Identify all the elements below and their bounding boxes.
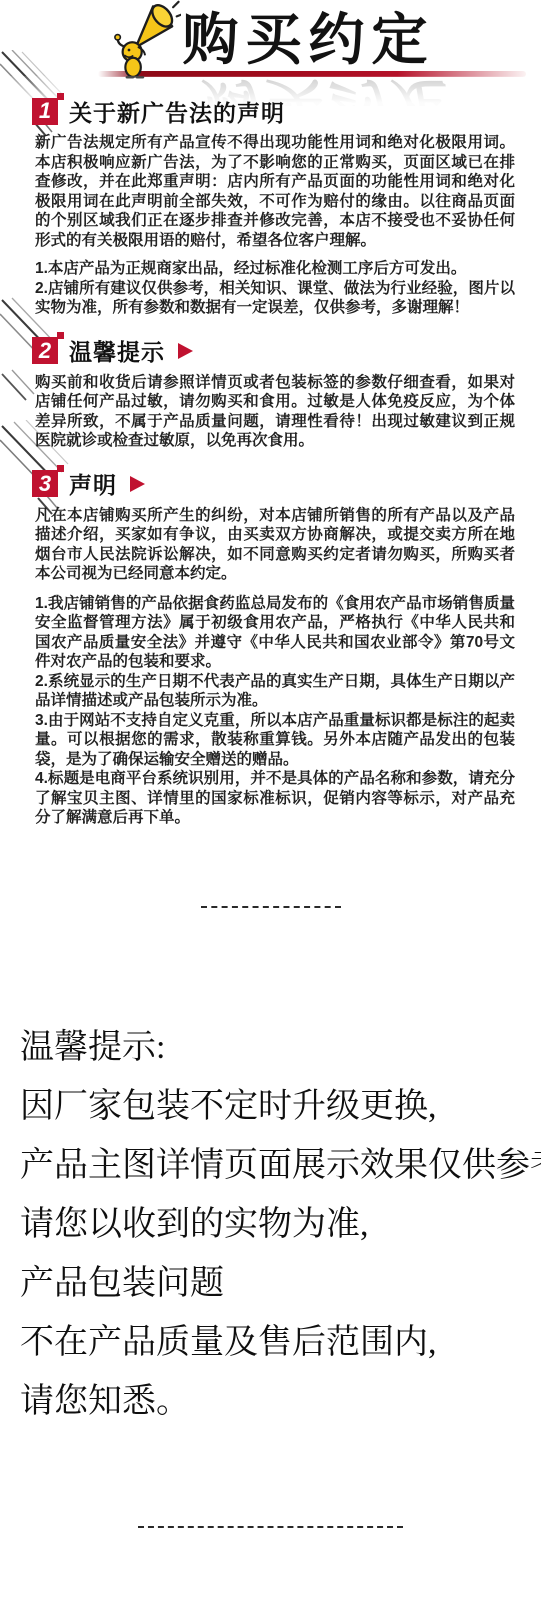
notice-line: 请您知悉。 — [20, 1382, 531, 1422]
title-row: 购买约定 — [0, 4, 541, 68]
notice-line: 因厂家包装不定时升级更换, — [20, 1087, 531, 1127]
section-header: 3 声明 — [0, 469, 541, 499]
notice-block: 温馨提示: 因厂家包装不定时升级更换, 产品主图详情页面展示效果仅供参考, 请您… — [0, 1028, 541, 1422]
section-notes: 1.本店产品为正规商家出品，经过标准化检测工序后方可发出。 2.店铺所有建议仅供… — [0, 259, 541, 318]
dashed-divider — [201, 906, 341, 908]
section-statement: 3 声明 凡在本店铺购买所产生的纠纷，对本店铺所销售的所有产品以及产品描述介绍，… — [0, 469, 541, 828]
section-number: 2 — [39, 340, 51, 362]
section-header: 1 关于新广告法的声明 — [0, 96, 541, 126]
note-item: 1.我店铺销售的产品依据食药监总局发布的《食用农产品市场销售质量安全监督管理方法… — [0, 594, 541, 672]
purchase-agreement-page: 购买约定 购买约定 1 关于新广告法的声明 新广告法规定所有产品宣传不得出现功能… — [0, 0, 541, 1600]
section-number-badge: 2 — [32, 337, 58, 364]
section-body-text: 凡在本店铺购买所产生的纠纷，对本店铺所销售的所有产品以及产品描述介绍，买家如有争… — [0, 506, 541, 584]
section-notes: 1.我店铺销售的产品依据食药监总局发布的《食用农产品市场销售质量安全监督管理方法… — [0, 594, 541, 828]
note-item: 3.由于网站不支持自定义克重，所以本店产品重量标识都是标注的起卖量。可以根据您的… — [0, 711, 541, 770]
dashed-divider — [138, 1526, 403, 1528]
right-arrow-icon — [130, 476, 145, 492]
section-body-text: 购买前和收货后请参照详情页或者包装标签的参数仔细查看，如果对店铺任何产品过敏，请… — [0, 373, 541, 451]
section-heading: 温馨提示 — [69, 334, 165, 367]
section-number-badge: 1 — [32, 98, 58, 125]
section-heading: 声明 — [69, 467, 117, 500]
section-number: 1 — [39, 100, 51, 122]
note-item: 2.系统显示的生产日期不代表产品的真实生产日期，具体生产日期以产品详情描述或产品… — [0, 672, 541, 711]
section-warm-tips: 2 温馨提示 购买前和收货后请参照详情页或者包装标签的参数仔细查看，如果对店铺任… — [0, 336, 541, 451]
note-item: 4.标题是电商平台系统识别用，并不是具体的产品名称和参数，请充分了解宝贝主图、详… — [0, 769, 541, 828]
page-header: 购买约定 购买约定 — [0, 0, 541, 96]
megaphone-mascot-icon — [107, 0, 181, 80]
section-number: 3 — [39, 473, 51, 495]
notice-line: 不在产品质量及售后范围内, — [20, 1323, 531, 1363]
notice-line: 产品包装问题 — [20, 1264, 531, 1304]
page-title: 购买约定 — [183, 12, 435, 68]
note-item: 2.店铺所有建议仅供参考，相关知识、课堂、做法为行业经验，图片以实物为准，所有参… — [0, 279, 541, 318]
right-arrow-icon — [178, 343, 193, 359]
note-item: 1.本店产品为正规商家出品，经过标准化检测工序后方可发出。 — [0, 259, 541, 279]
section-heading: 关于新广告法的声明 — [69, 95, 285, 128]
section-header: 2 温馨提示 — [0, 336, 541, 366]
section-number-badge: 3 — [32, 470, 58, 497]
notice-line: 温馨提示: — [20, 1028, 531, 1068]
notice-line: 请您以收到的实物为准, — [20, 1205, 531, 1245]
section-ad-law-statement: 1 关于新广告法的声明 新广告法规定所有产品宣传不得出现功能性用词和绝对化极限用… — [0, 96, 541, 318]
notice-line: 产品主图详情页面展示效果仅供参考, — [20, 1146, 531, 1186]
section-body-text: 新广告法规定所有产品宣传不得出现功能性用词和绝对化极限用词。本店积极响应新广告法… — [0, 133, 541, 250]
